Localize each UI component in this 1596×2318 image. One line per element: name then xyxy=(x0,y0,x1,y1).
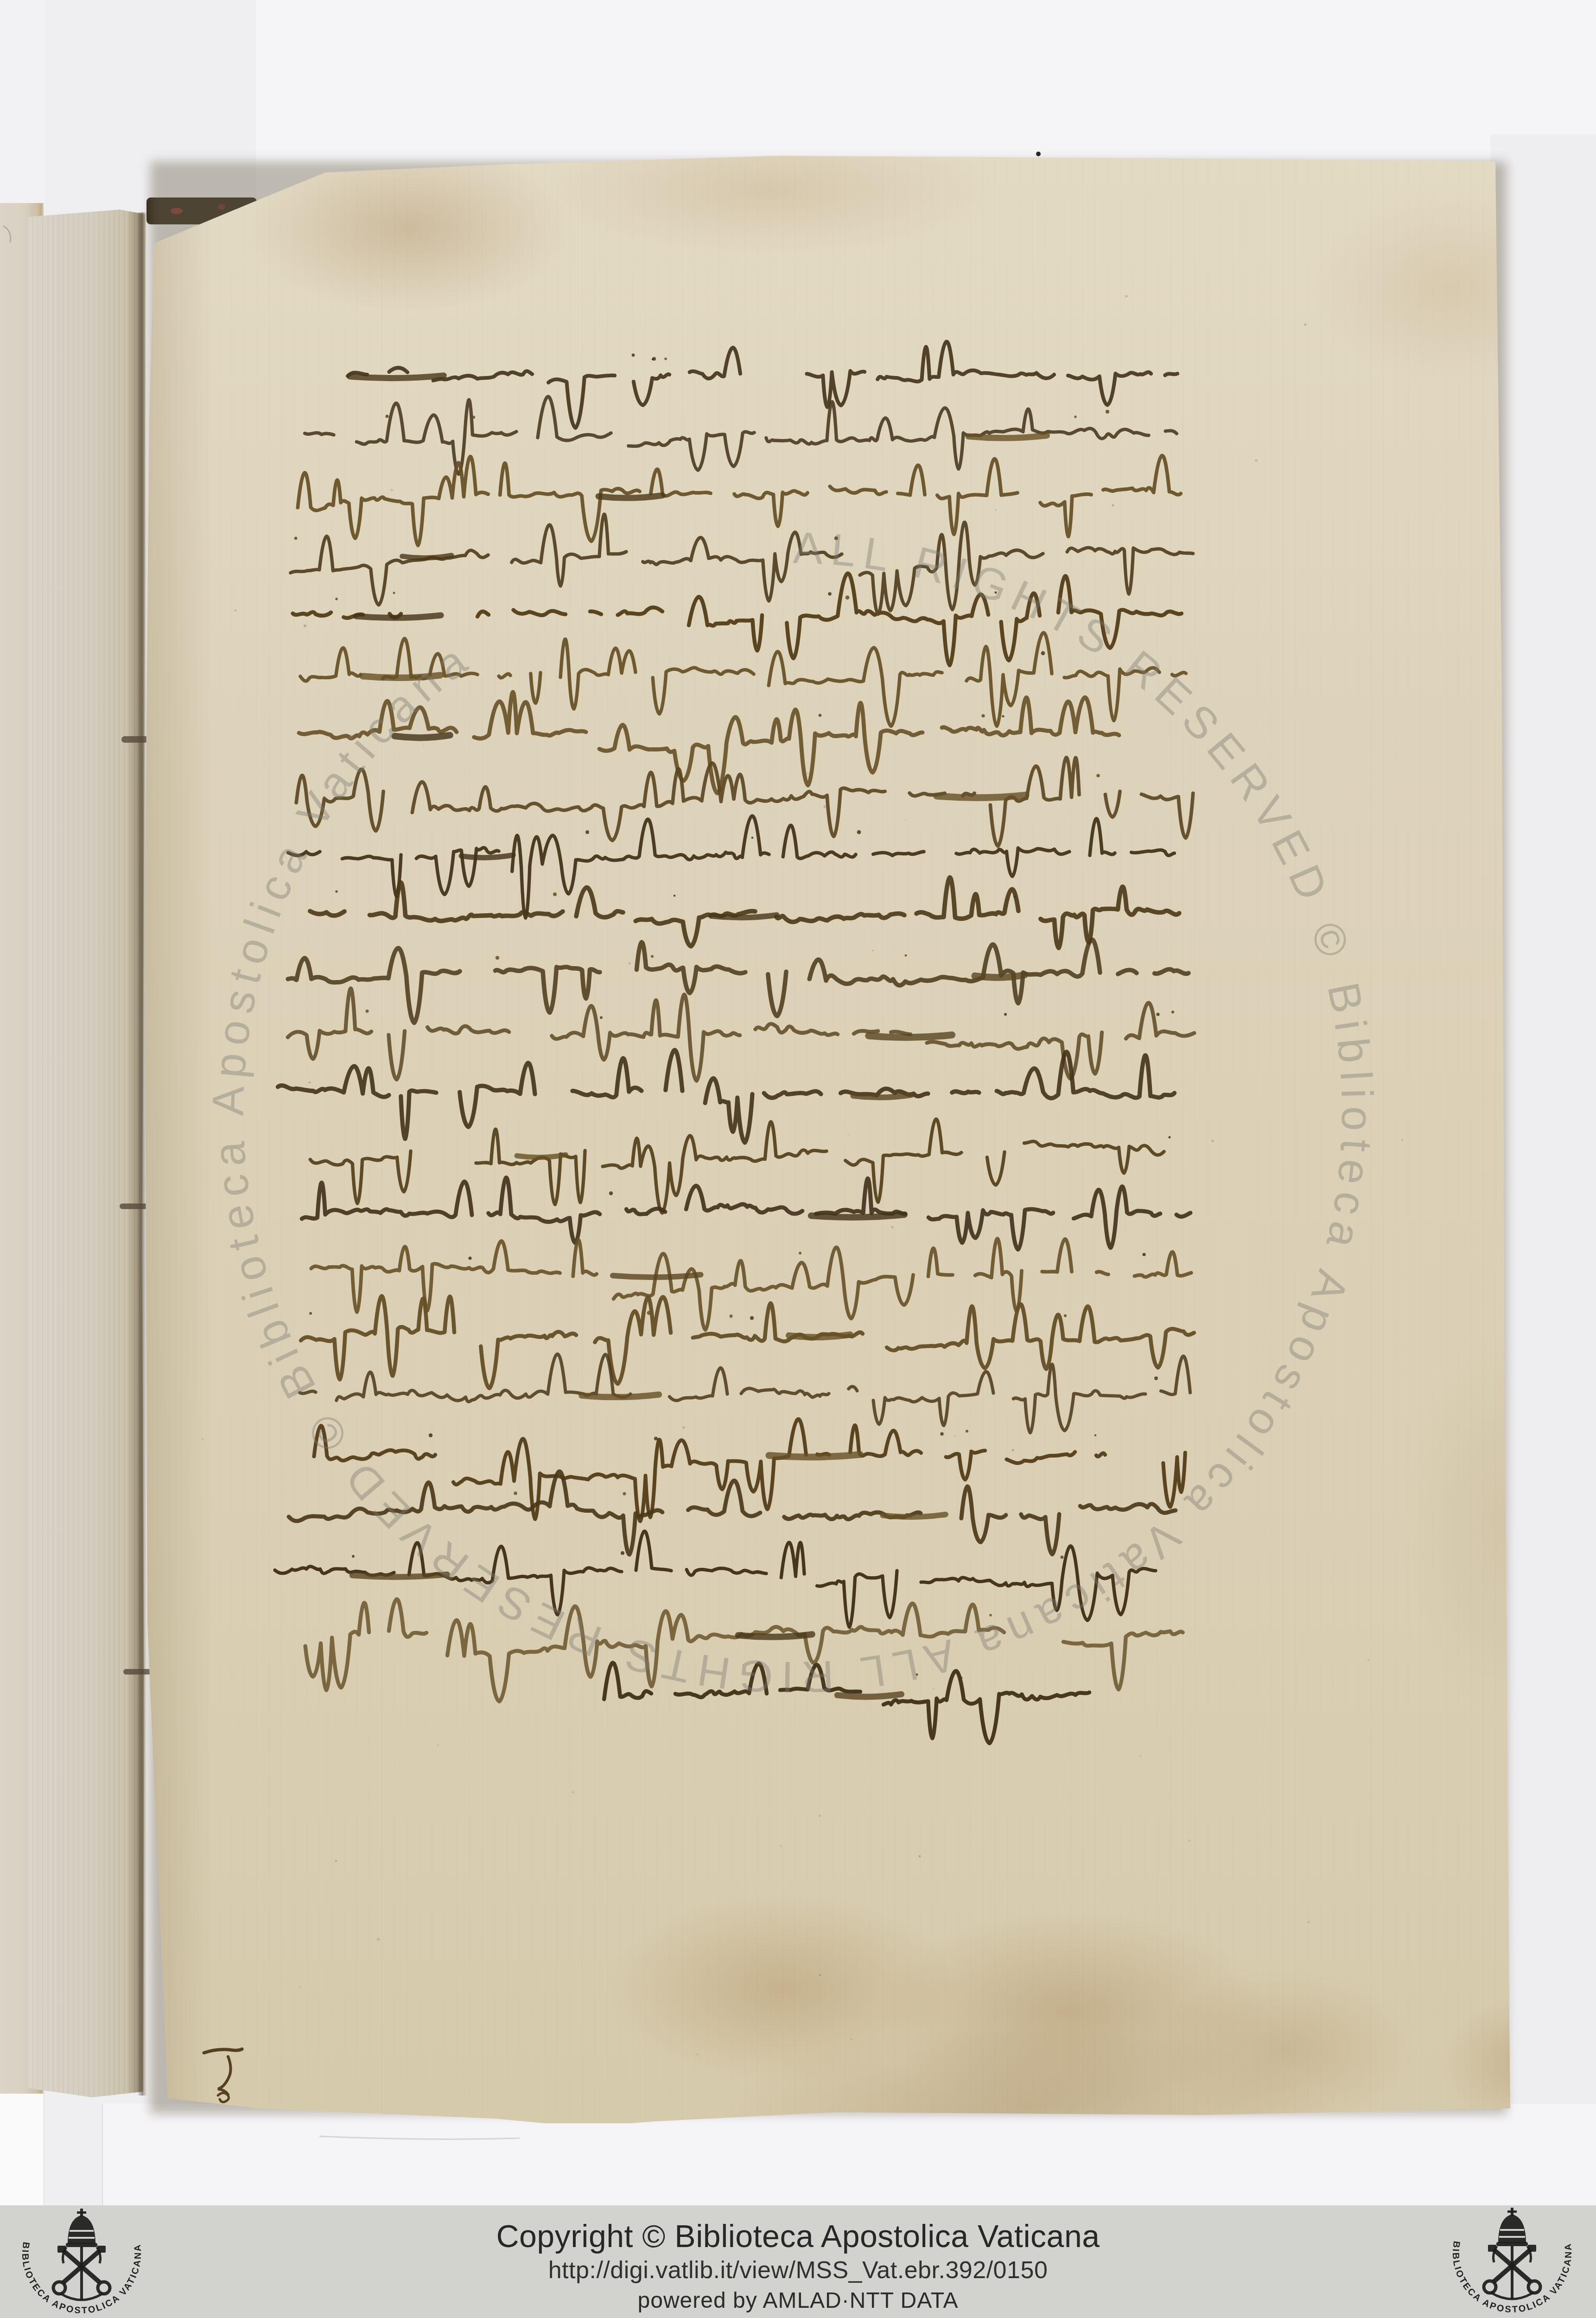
backdrop-top-left xyxy=(0,0,45,206)
digitized-page-photo: Copyright © Biblioteca Apostolica Vatica… xyxy=(0,0,1596,2318)
footer-copyright: Copyright © Biblioteca Apostolica Vatica… xyxy=(0,2218,1596,2254)
interleaf-sheet-bottom xyxy=(102,2104,1596,2206)
manuscript-page xyxy=(144,153,1511,2123)
sewing-notch xyxy=(123,1669,151,1675)
footer-powered-by: powered by AMLAD·NTT DATA xyxy=(0,2288,1596,2313)
footer-url: http://digi.vatlib.it/view/MSS_Vat.ebr.3… xyxy=(0,2256,1596,2284)
footer-bar: Copyright © Biblioteca Apostolica Vatica… xyxy=(0,2205,1596,2318)
gutter-stub xyxy=(27,210,146,2097)
backdrop-bottom-left xyxy=(0,2089,45,2206)
